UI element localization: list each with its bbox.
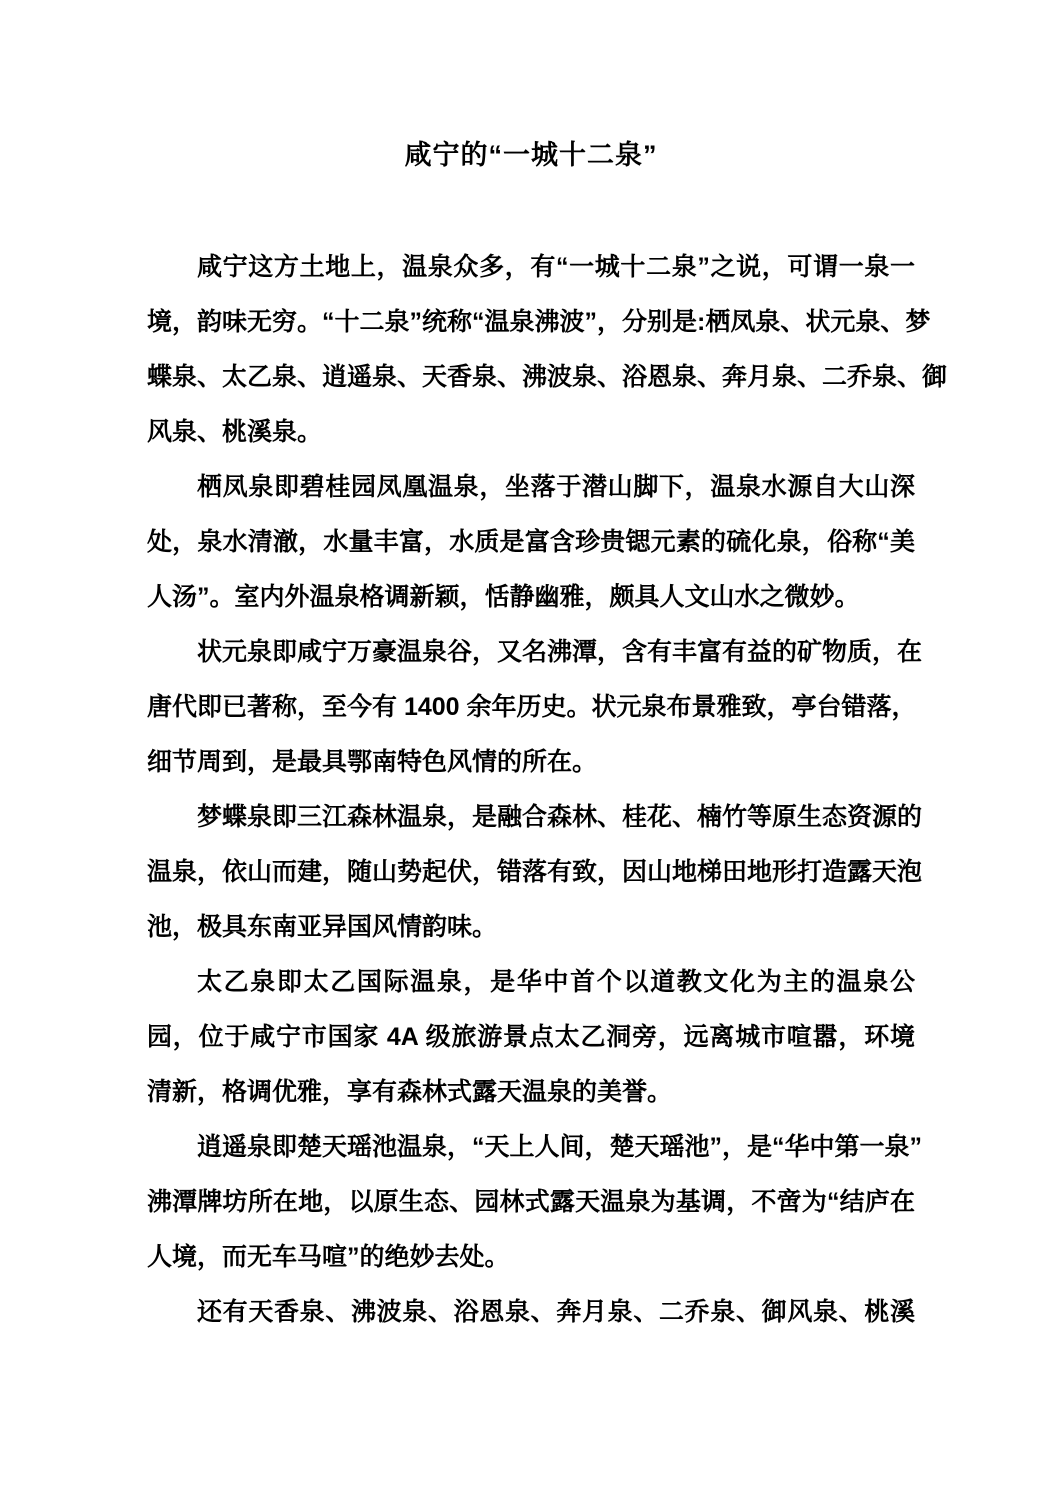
text-line: 沸潭牌坊所在地，以原生态、园林式露天温泉为基调，不啻为“结庐在 bbox=[147, 1175, 915, 1230]
paragraph-qifengquan: 栖凤泉即碧桂园凤凰温泉，坐落于潜山脚下，温泉水源自大山深 处，泉水清澈，水量丰富… bbox=[147, 460, 915, 625]
text-line: 太乙泉即太乙国际温泉，是华中首个以道教文化为主的温泉公 bbox=[147, 955, 915, 1010]
text-line: 清新，格调优雅，享有森林式露天温泉的美誉。 bbox=[147, 1065, 915, 1120]
text-line: 咸宁这方土地上，温泉众多，有“一城十二泉”之说，可谓一泉一 bbox=[147, 240, 915, 295]
text-line: 还有天香泉、沸波泉、浴恩泉、奔月泉、二乔泉、御风泉、桃溪 bbox=[147, 1285, 915, 1340]
text-line: 园，位于咸宁市国家 4A 级旅游景点太乙洞旁，远离城市喧嚣，环境 bbox=[147, 1010, 915, 1065]
paragraph-zhuangyuanquan: 状元泉即咸宁万豪温泉谷，又名沸潭，含有丰富有益的矿物质，在 唐代即已著称，至今有… bbox=[147, 625, 915, 790]
text-line: 栖凤泉即碧桂园凤凰温泉，坐落于潜山脚下，温泉水源自大山深 bbox=[147, 460, 915, 515]
text-line: 细节周到，是最具鄂南特色风情的所在。 bbox=[147, 735, 915, 790]
text-line: 人境，而无车马喧”的绝妙去处。 bbox=[147, 1230, 915, 1285]
document-title: 咸宁的“一城十二泉” bbox=[147, 130, 915, 180]
paragraph-mengdiequan: 梦蝶泉即三江森林温泉，是融合森林、桂花、楠竹等原生态资源的 温泉，依山而建，随山… bbox=[147, 790, 915, 955]
text-line: 境，韵味无穷。“十二泉”统称“温泉沸波”，分别是:栖凤泉、状元泉、梦 bbox=[147, 295, 915, 350]
text-line: 人汤”。室内外温泉格调新颖，恬静幽雅，颇具人文山水之微妙。 bbox=[147, 570, 915, 625]
paragraph-other-springs: 还有天香泉、沸波泉、浴恩泉、奔月泉、二乔泉、御风泉、桃溪 bbox=[147, 1285, 915, 1340]
text-line: 唐代即已著称，至今有 1400 余年历史。状元泉布景雅致，亭台错落， bbox=[147, 680, 915, 735]
text-line: 池，极具东南亚异国风情韵味。 bbox=[147, 900, 915, 955]
text-line: 状元泉即咸宁万豪温泉谷，又名沸潭，含有丰富有益的矿物质，在 bbox=[147, 625, 915, 680]
paragraph-intro: 咸宁这方土地上，温泉众多，有“一城十二泉”之说，可谓一泉一 境，韵味无穷。“十二… bbox=[147, 240, 915, 460]
text-line: 温泉，依山而建，随山势起伏，错落有致，因山地梯田地形打造露天泡 bbox=[147, 845, 915, 900]
text-line: 风泉、桃溪泉。 bbox=[147, 405, 915, 460]
document-page: 咸宁的“一城十二泉” 咸宁这方土地上，温泉众多，有“一城十二泉”之说，可谓一泉一… bbox=[0, 0, 1059, 1497]
text-line: 处，泉水清澈，水量丰富，水质是富含珍贵锶元素的硫化泉，俗称“美 bbox=[147, 515, 915, 570]
text-line: 蝶泉、太乙泉、逍遥泉、天香泉、沸波泉、浴恩泉、奔月泉、二乔泉、御 bbox=[147, 350, 915, 405]
text-line: 逍遥泉即楚天瑶池温泉，“天上人间，楚天瑶池”，是“华中第一泉” bbox=[147, 1120, 915, 1175]
document-body: 咸宁这方土地上，温泉众多，有“一城十二泉”之说，可谓一泉一 境，韵味无穷。“十二… bbox=[147, 240, 915, 1340]
paragraph-xiaoyaoquan: 逍遥泉即楚天瑶池温泉，“天上人间，楚天瑶池”，是“华中第一泉” 沸潭牌坊所在地，… bbox=[147, 1120, 915, 1285]
text-line: 梦蝶泉即三江森林温泉，是融合森林、桂花、楠竹等原生态资源的 bbox=[147, 790, 915, 845]
paragraph-taiyiquan: 太乙泉即太乙国际温泉，是华中首个以道教文化为主的温泉公 园，位于咸宁市国家 4A… bbox=[147, 955, 915, 1120]
